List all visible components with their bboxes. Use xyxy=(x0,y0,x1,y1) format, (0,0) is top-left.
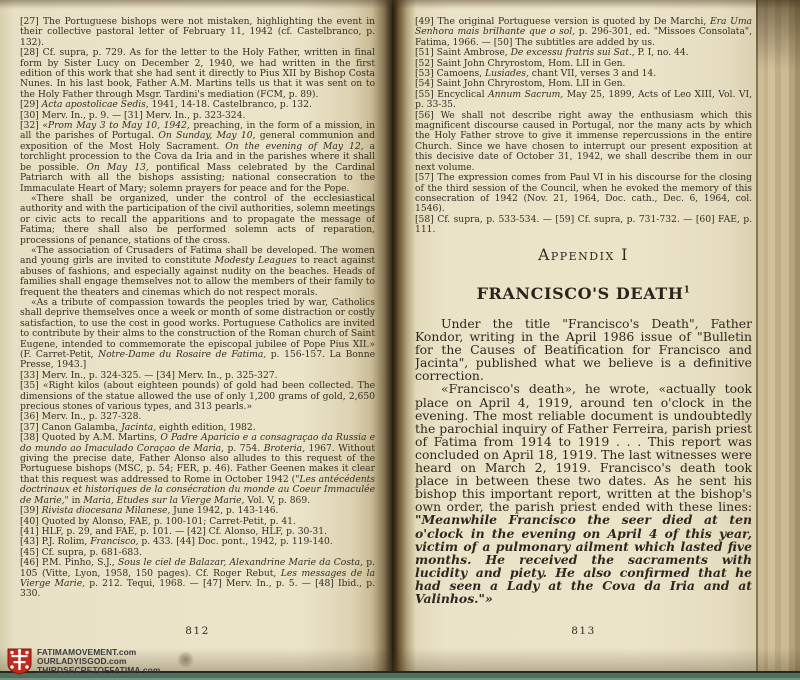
paragraph: [27] The Portuguese bishops were not mis… xyxy=(20,17,375,48)
paragraph: Under the title "Francisco's Death", Fat… xyxy=(415,317,752,382)
right-page-footnotes: [49] The original Portuguese version is … xyxy=(415,17,752,243)
right-page-number: 813 xyxy=(415,625,752,637)
appendix-body: Under the title "Francisco's Death", Fat… xyxy=(415,317,752,623)
appendix-title-text: FRANCISCO'S DEATH xyxy=(477,284,684,303)
watermark-lines: FATIMAMOVEMENT.com OURLADYISGOD.com THIR… xyxy=(37,648,160,675)
paragraph: «As a tribute of compassion towards the … xyxy=(20,298,375,371)
paragraph: [56] We shall not describe right away th… xyxy=(415,111,752,173)
watermark-line: THIRDSECRETOFFATIMA.com xyxy=(37,666,160,675)
appendix-title: FRANCISCO'S DEATH1 xyxy=(415,284,752,303)
paragraph: [46] P.M. Pinho, S.J., Sous le ciel de B… xyxy=(20,558,375,600)
paragraph: [35] «Right kilos (about eighteen pounds… xyxy=(20,381,375,412)
appendix-title-superscript: 1 xyxy=(684,286,691,296)
book-scan: [27] The Portuguese bishops were not mis… xyxy=(0,0,800,680)
paragraph: [38] Quoted by A.M. Martins, O Padre Apa… xyxy=(20,433,375,506)
paragraph: [28] Cf. supra, p. 729. As for the lette… xyxy=(20,48,375,100)
paragraph: [49] The original Portuguese version is … xyxy=(415,17,752,48)
watermark: FATIMAMOVEMENT.com OURLADYISGOD.com THIR… xyxy=(7,648,160,675)
left-page-number: 812 xyxy=(20,625,375,637)
paragraph: [32] «Prom May 3 to May 10, 1942, preach… xyxy=(20,121,375,194)
paragraph: [58] Cf. supra, p. 533-534. — [59] Cf. s… xyxy=(415,215,752,236)
page-edges xyxy=(756,0,800,671)
smudge-stain xyxy=(177,651,194,668)
shield-logo-icon xyxy=(7,648,32,675)
appendix-kicker: Appendix I xyxy=(415,246,752,264)
paragraph: [55] Encyclical Annum Sacrum, May 25, 18… xyxy=(415,90,752,111)
paragraph: «Francisco's death», he wrote, «actually… xyxy=(415,382,752,605)
left-page-footnotes: [27] The Portuguese bishops were not mis… xyxy=(20,17,375,623)
paragraph: [57] The expression comes from Paul VI i… xyxy=(415,173,752,215)
paragraph: «There shall be organized, under the con… xyxy=(20,194,375,246)
paragraph: «The association of Crusaders of Fatima … xyxy=(20,246,375,298)
